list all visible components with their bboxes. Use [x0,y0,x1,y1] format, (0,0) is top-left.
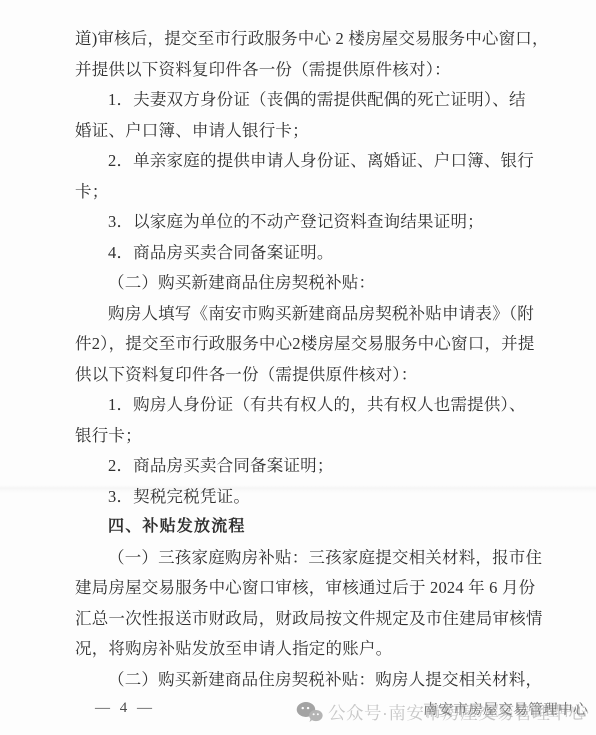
text-line: 道)审核后，提交至市行政服务中心 2 楼房屋交易服务中心窗口， [75,24,555,55]
text-line: 建局房屋交易服务中心窗口审核，审核通过后于 2024 年 6 月份 [75,573,555,604]
wechat-icon [296,701,323,723]
text-line: 2．商品房买卖合同备案证明； [75,451,555,482]
text-line: 2．单亲家庭的提供申请人身份证、离婚证、户口簿、银行 [75,146,555,177]
text-line: 汇总一次性报送市财政局，财政局按文件规定及市住建局审核情 [75,604,555,635]
footer-watermark: 公众号·南安市房屋交易管理中心 南安市房屋交易管理中心 [296,694,596,728]
text-line: 3．以家庭为单位的不动产登记资料查询结果证明； [75,207,555,238]
page-footer: — 4 — 公众号·南安市房屋交易管理中心 南安市房屋交易管理中心 [0,694,596,728]
text-line: 件2），提交至市行政服务中心2楼房屋交易服务中心窗口，并提 [75,329,555,360]
text-line: 4．商品房买卖合同备案证明。 [75,238,555,269]
text-line: 供以下资料复印件各一份（需提供原件核对）： [75,360,555,391]
text-line: 四、补贴发放流程 [75,512,555,543]
text-line: 婚证、户口簿、申请人银行卡； [75,116,555,147]
text-line: 1．夫妻双方身份证（丧偶的需提供配偶的死亡证明）、结 [75,85,555,116]
text-line: （二）购买新建商品住房契税补贴： [75,268,555,299]
text-line: （二）购买新建商品住房契税补贴：购房人提交相关材料， [75,665,555,696]
text-line: 况，将购房补贴发放至申请人指定的账户。 [75,634,555,665]
text-line: 1．购房人身份证（有共有权人的，共有权人也需提供）、 [75,390,555,421]
text-line: 卡； [75,177,555,208]
text-line: 购房人填写《南安市购买新建商品房契税补贴申请表》（附 [75,299,555,330]
text-line: 银行卡； [75,421,555,452]
text-line: 并提供以下资料复印件各一份（需提供原件核对）： [75,55,555,86]
text-line: 3．契税完税凭证。 [75,482,555,513]
document-body: 道)审核后，提交至市行政服务中心 2 楼房屋交易服务中心窗口，并提供以下资料复印… [75,24,555,695]
watermark-dark-text: 南安市房屋交易管理中心 [422,698,588,719]
page-number: — 4 — [95,700,155,717]
document-page: 道)审核后，提交至市行政服务中心 2 楼房屋交易服务中心窗口，并提供以下资料复印… [0,0,596,735]
text-line: （一）三孩家庭购房补贴：三孩家庭提交相关材料，报市住 [75,543,555,574]
